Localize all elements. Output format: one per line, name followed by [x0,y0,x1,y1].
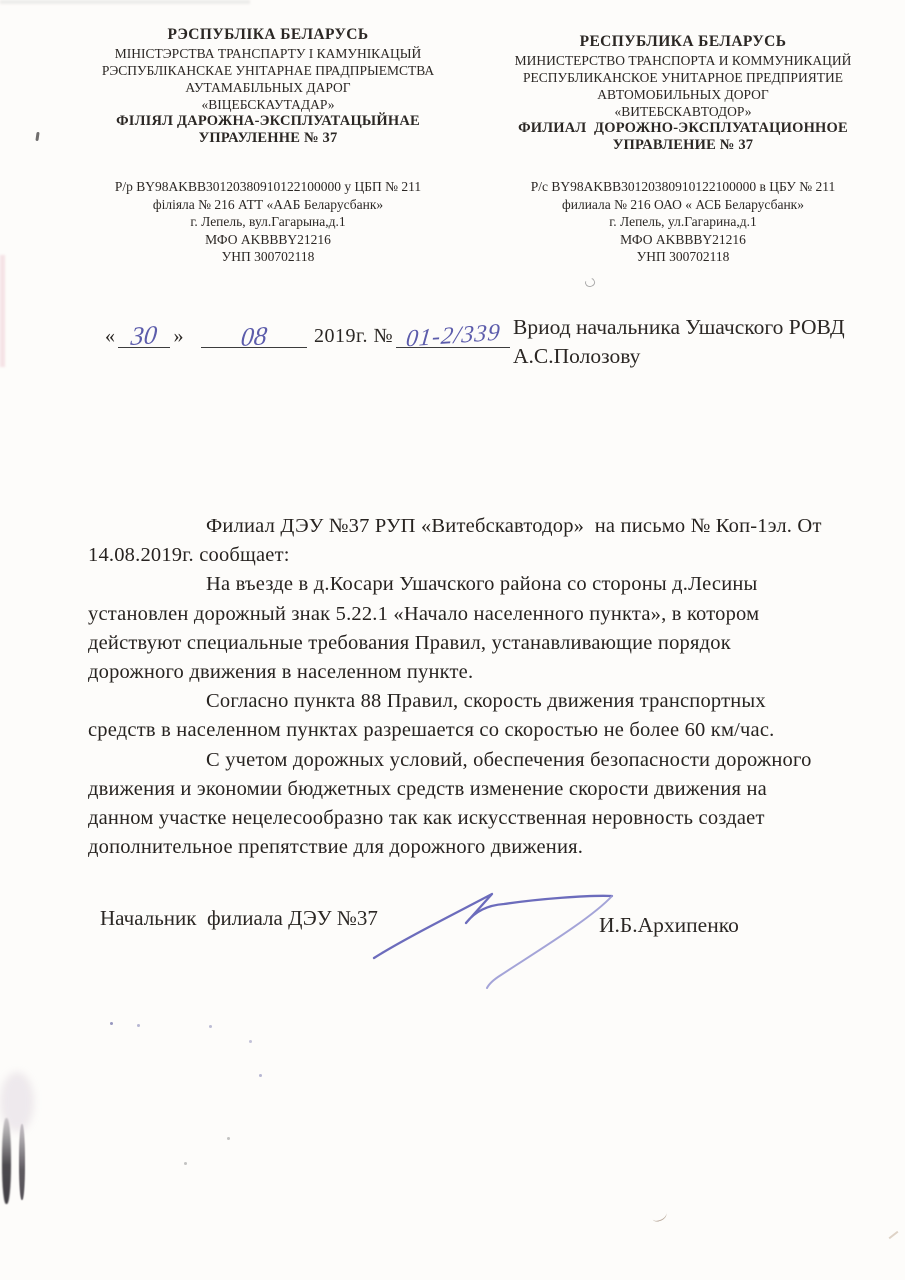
date-reference-line: « 30 » 08 2019г. № 01-2/339 [103,314,510,348]
body-line: данном участке нецелесообразно так как и… [88,804,848,833]
body-line: действуют специальные требования Правил,… [88,629,848,658]
open-quote-mark: « [105,325,116,348]
account-line: Р/р BY98AKBB30120380910122100000 у ЦБП №… [58,178,478,196]
scanned-letter-page: РЭСПУБЛІКА БЕЛАРУСЬ МІНІСТЭРСТВА ТРАНСПА… [0,0,905,1280]
unp-code: УНП 300702118 [473,248,893,266]
scan-mark-corner [889,1231,899,1239]
handwritten-day: 30 [129,320,158,352]
body-line: установлен дорожный знак 5.22.1 «Начало … [88,600,848,629]
scan-mark-tick [35,132,39,141]
letterhead-roads: АУТАМАБІЛЬНЫХ ДАРОГ [58,79,478,96]
scan-squiggle-bottom [651,1209,668,1223]
bank-requisites-russian: Р/с BY98AKBB30120380910122100000 в ЦБУ №… [473,178,893,266]
scan-speck [227,1137,230,1140]
signoff-position: Начальник филиала ДЭУ №37 [100,906,378,931]
scan-speck [249,1040,252,1043]
letterhead-roads: АВТОМОБИЛЬНЫХ ДОРОГ [473,86,893,103]
body-line: 14.08.2019г. сообщает: [88,541,848,570]
letterhead-enterprise: РЭСПУБЛІКАНСКАЕ УНІТАРНАЕ ПРАДПРЫЕМСТВА [58,62,478,79]
address: г. Лепель, вул.Гагарына,д.1 [58,213,478,231]
letterhead-country: РЭСПУБЛІКА БЕЛАРУСЬ [58,26,478,43]
scan-speck [110,1022,113,1025]
scan-streak-left-1 [2,1118,11,1204]
handwritten-month: 08 [239,321,268,353]
letterhead-branch-number: УПРАВЛЕНИЕ № 37 [473,137,893,154]
unp-code: УНП 300702118 [58,248,478,266]
letterhead-country: РЕСПУБЛИКА БЕЛАРУСЬ [473,33,893,50]
body-line: Согласно пункта 88 Правил, скорость движ… [88,687,848,716]
year-number-label: 2019г. № [314,325,393,348]
signoff-name: И.Б.Архипенко [599,913,739,938]
letterhead-belarusian: РЭСПУБЛІКА БЕЛАРУСЬ МІНІСТЭРСТВА ТРАНСПА… [58,26,478,147]
mfo-code: МФО AKBBBY21216 [473,231,893,249]
handwritten-document-number: 01-2/339 [404,320,501,354]
letterhead-russian: РЕСПУБЛИКА БЕЛАРУСЬ МИНИСТЕРСТВО ТРАНСПО… [473,33,893,154]
letter-body: Филиал ДЭУ №37 РУП «Витебскавтодор» на п… [88,512,848,862]
day-blank: 30 [118,318,170,348]
scan-speck [137,1024,140,1027]
letterhead-brand: «ВІЦЕБСКАУТАДАР» [58,96,478,113]
scan-smudge-top [0,0,250,4]
scan-speck [184,1162,187,1165]
scan-streak-halo [0,1072,34,1132]
bank-branch: філіяла № 216 АТТ «ААБ Беларусбанк» [58,196,478,214]
body-line: средств в населенном пунктах разрешается… [88,716,848,745]
letterhead-ministry: МІНІСТЭРСТВА ТРАНСПАРТУ І КАМУНІКАЦЫЙ [58,45,478,62]
bank-branch: филиала № 216 ОАО « АСБ Беларусбанк» [473,196,893,214]
number-blank: 01-2/339 [396,318,510,348]
recipient-title: Вриод начальника Ушачского РОВД [513,313,845,342]
recipient-block: Вриод начальника Ушачского РОВД А.С.Поло… [513,313,845,371]
mfo-code: МФО AKBBBY21216 [58,231,478,249]
letterhead-branch-number: УПРАУЛЕННЕ № 37 [58,130,478,147]
letterhead-branch: ФИЛИАЛ ДОРОЖНО-ЭКСПЛУАТАЦИОННОЕ [473,120,893,137]
scan-speck [209,1025,212,1028]
scan-pink-strip [0,255,5,367]
scan-speck [259,1074,262,1077]
bank-requisites-belarusian: Р/р BY98AKBB30120380910122100000 у ЦБП №… [58,178,478,266]
address: г. Лепель, ул.Гагарина,д.1 [473,213,893,231]
month-blank: 08 [201,318,307,348]
body-line: С учетом дорожных условий, обеспечения б… [88,746,848,775]
scan-streak-left-2 [19,1124,25,1200]
body-line: движения и экономии бюджетных средств из… [88,775,848,804]
scan-smudge-small [584,276,597,288]
account-line: Р/с BY98AKBB30120380910122100000 в ЦБУ №… [473,178,893,196]
letterhead-enterprise: РЕСПУБЛИКАНСКОЕ УНИТАРНОЕ ПРЕДПРИЯТИЕ [473,69,893,86]
body-line: Филиал ДЭУ №37 РУП «Витебскавтодор» на п… [88,512,848,541]
body-line: дорожного движения в населенном пункте. [88,658,848,687]
recipient-name: А.С.Полозову [513,342,845,371]
letterhead-brand: «ВИТЕБСКАВТОДОР» [473,103,893,120]
letterhead-ministry: МИНИСТЕРСТВО ТРАНСПОРТА И КОММУНИКАЦИЙ [473,52,893,69]
letterhead-branch: ФІЛІЯЛ ДАРОЖНА-ЭКСПЛУАТАЦЫЙНАЕ [58,113,478,130]
close-quote-mark: » [174,325,185,348]
signature-stroke-tail [487,896,612,988]
body-line: На въезде в д.Косари Ушачского района со… [88,570,848,599]
